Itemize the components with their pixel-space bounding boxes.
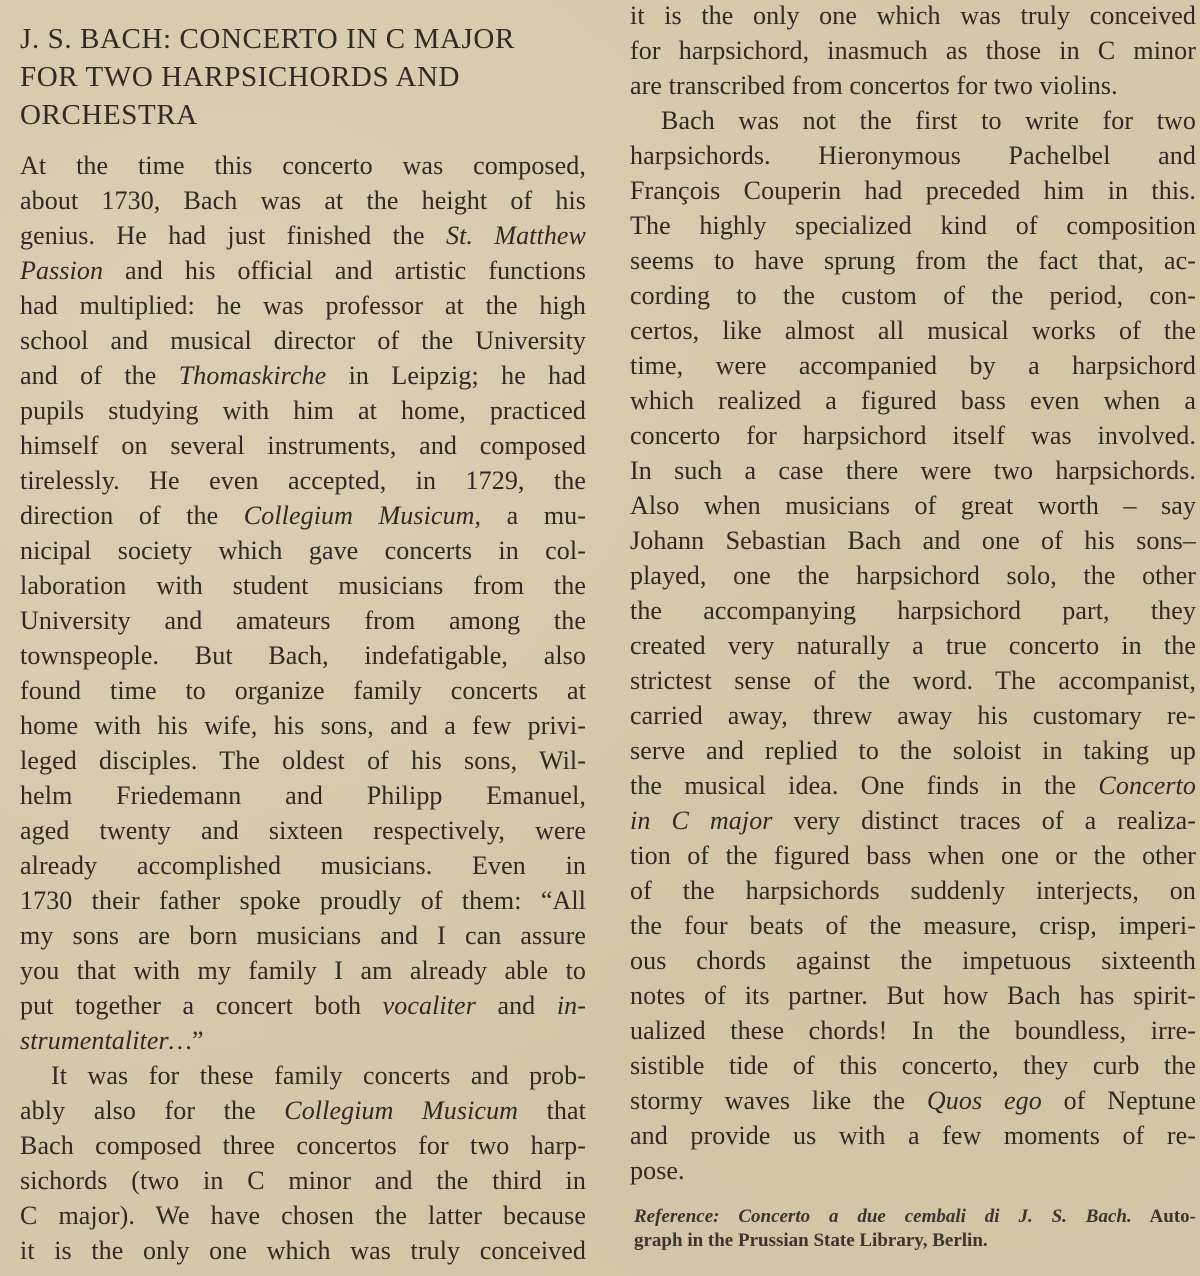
text-line: you that with my family I am already abl… [20, 953, 586, 988]
reference-citation: Reference: Concerto a due cembali di J. … [634, 1206, 1132, 1227]
text-line: C major). We have chosen the latter beca… [20, 1198, 586, 1233]
text-line: ualized these chords! In the boundless, … [630, 1013, 1196, 1048]
text-line: seems to have sprung from the fact that,… [630, 243, 1196, 278]
text-line: the accompanying harpsichord part, they [630, 593, 1196, 628]
text-line: University and amateurs from among the [20, 603, 586, 638]
text-line: certos, like almost all musical works of… [630, 313, 1196, 348]
italic-text: Collegium Musicum [284, 1096, 518, 1125]
italic-text: Passion [20, 256, 103, 285]
text-line: put together a concert both vocaliter an… [20, 988, 586, 1023]
text-line: 1730 their father spoke proudly of them:… [20, 883, 586, 918]
text-line: serve and replied to the soloist in taki… [630, 733, 1196, 768]
text-line: townspeople. But Bach, indefatigable, al… [20, 638, 586, 673]
text-line: the four beats of the measure, crisp, im… [630, 908, 1196, 943]
text-line: direction of the Collegium Musicum, a mu… [20, 498, 586, 533]
italic-text: Concerto [1098, 771, 1196, 800]
document-page: J. S. BACH: CONCERTO IN C MAJOR FOR TWO … [0, 0, 1200, 1276]
italic-text: vocaliter [383, 991, 476, 1020]
italic-text: in C major [630, 806, 773, 835]
paragraph-1: At the time this concerto was composed,a… [20, 148, 586, 1058]
italic-text: Thomaskirche [179, 361, 327, 390]
text-line: about 1730, Bach was at the height of hi… [20, 183, 586, 218]
paragraph-2: It was for these family concerts and pro… [20, 1058, 586, 1268]
text-line: time, were accompanied by a harpsichord [630, 348, 1196, 383]
text-line: pupils studying with him at home, practi… [20, 393, 586, 428]
text-line: played, one the harpsichord solo, the ot… [630, 558, 1196, 593]
text-line: cording to the custom of the period, con… [630, 278, 1196, 313]
text-line: laboration with student musicians from t… [20, 568, 586, 603]
text-line: and of the Thomaskirche in Leipzig; he h… [20, 358, 586, 393]
text-line: notes of its partner. But how Bach has s… [630, 978, 1196, 1013]
text-line: sistible tide of this concerto, they cur… [630, 1048, 1196, 1083]
text-line: Bach was not the first to write for two [630, 103, 1196, 138]
text-line: it is the only one which was truly conce… [630, 0, 1196, 33]
text-line: Johann Sebastian Bach and one of his son… [630, 523, 1196, 558]
text-line: and provide us with a few moments of re- [630, 1118, 1196, 1153]
text-line: The highly specialized kind of compositi… [630, 208, 1196, 243]
text-line: Also when musicians of great worth – say [630, 488, 1196, 523]
paragraph-3: Bach was not the first to write for twoh… [630, 103, 1196, 1188]
text-line: carried away, threw away his customary r… [630, 698, 1196, 733]
paragraph-2-continued: it is the only one which was truly conce… [630, 0, 1196, 103]
text-line: created very naturally a true concerto i… [630, 628, 1196, 663]
article-title: J. S. BACH: CONCERTO IN C MAJOR FOR TWO … [20, 20, 515, 134]
text-line: it is the only one which was truly conce… [20, 1233, 586, 1268]
reference-line-1: Reference: Concerto a due cembali di J. … [634, 1205, 1196, 1229]
reference-note: Reference: Concerto a due cembali di J. … [634, 1205, 1196, 1253]
text-line: pose. [630, 1153, 1196, 1188]
text-line: It was for these family concerts and pro… [20, 1058, 586, 1093]
italic-text: strumentaliter… [20, 1026, 192, 1055]
text-line: ous chords against the impetuous sixteen… [630, 943, 1196, 978]
text-line: nicipal society which gave concerts in c… [20, 533, 586, 568]
text-line: tirelessly. He even accepted, in 1729, t… [20, 463, 586, 498]
text-line: harpsichords. Hieronymous Pachelbel and [630, 138, 1196, 173]
text-line: Passion and his official and artistic fu… [20, 253, 586, 288]
text-line: home with his wife, his sons, and a few … [20, 708, 586, 743]
text-line: Bach composed three concertos for two ha… [20, 1128, 586, 1163]
text-line: which realized a figured bass even when … [630, 383, 1196, 418]
text-line: found time to organize family concerts a… [20, 673, 586, 708]
text-line: In such a case there were two harpsichor… [630, 453, 1196, 488]
text-line: stormy waves like the Quos ego of Neptun… [630, 1083, 1196, 1118]
text-line: are transcribed from concertos for two v… [630, 68, 1196, 103]
text-line: the musical idea. One finds in the Conce… [630, 768, 1196, 803]
left-column: At the time this concerto was composed,a… [20, 148, 586, 1268]
text-line: aged twenty and sixteen respectively, we… [20, 813, 586, 848]
italic-text: Collegium Musicum, [244, 501, 481, 530]
text-line: strictest sense of the word. The accompa… [630, 663, 1196, 698]
text-line: ably also for the Collegium Musicum that [20, 1093, 586, 1128]
text-line: helm Friedemann and Philipp Emanuel, [20, 778, 586, 813]
text-line: At the time this concerto was composed, [20, 148, 586, 183]
italic-text: Quos ego [927, 1086, 1042, 1115]
title-line: ORCHESTRA [20, 96, 515, 134]
title-line: J. S. BACH: CONCERTO IN C MAJOR [20, 20, 515, 58]
text-line: already accomplished musicians. Even in [20, 848, 586, 883]
italic-text: St. Matthew [446, 221, 586, 250]
text-line: François Couperin had preceded him in th… [630, 173, 1196, 208]
italic-text: in- [557, 991, 586, 1020]
text-line: sichords (two in C minor and the third i… [20, 1163, 586, 1198]
text-line: in C major very distinct traces of a rea… [630, 803, 1196, 838]
text-line: of the harpsichords suddenly interjects,… [630, 873, 1196, 908]
reference-tail: Auto- [1132, 1206, 1196, 1227]
text-line: had multiplied: he was professor at the … [20, 288, 586, 323]
reference-line-2: graph in the Prussian State Library, Ber… [634, 1229, 1196, 1253]
text-line: for harpsichord, inasmuch as those in C … [630, 33, 1196, 68]
text-line: genius. He had just finished the St. Mat… [20, 218, 586, 253]
right-column: it is the only one which was truly conce… [630, 0, 1196, 1188]
text-line: strumentaliter…” [20, 1023, 586, 1058]
text-line: concerto for harpsichord itself was invo… [630, 418, 1196, 453]
text-line: leged disciples. The oldest of his sons,… [20, 743, 586, 778]
text-line: tion of the figured bass when one or the… [630, 838, 1196, 873]
text-line: my sons are born musicians and I can ass… [20, 918, 586, 953]
text-line: school and musical director of the Unive… [20, 323, 586, 358]
title-line: FOR TWO HARPSICHORDS AND [20, 58, 515, 96]
text-line: himself on several instruments, and comp… [20, 428, 586, 463]
